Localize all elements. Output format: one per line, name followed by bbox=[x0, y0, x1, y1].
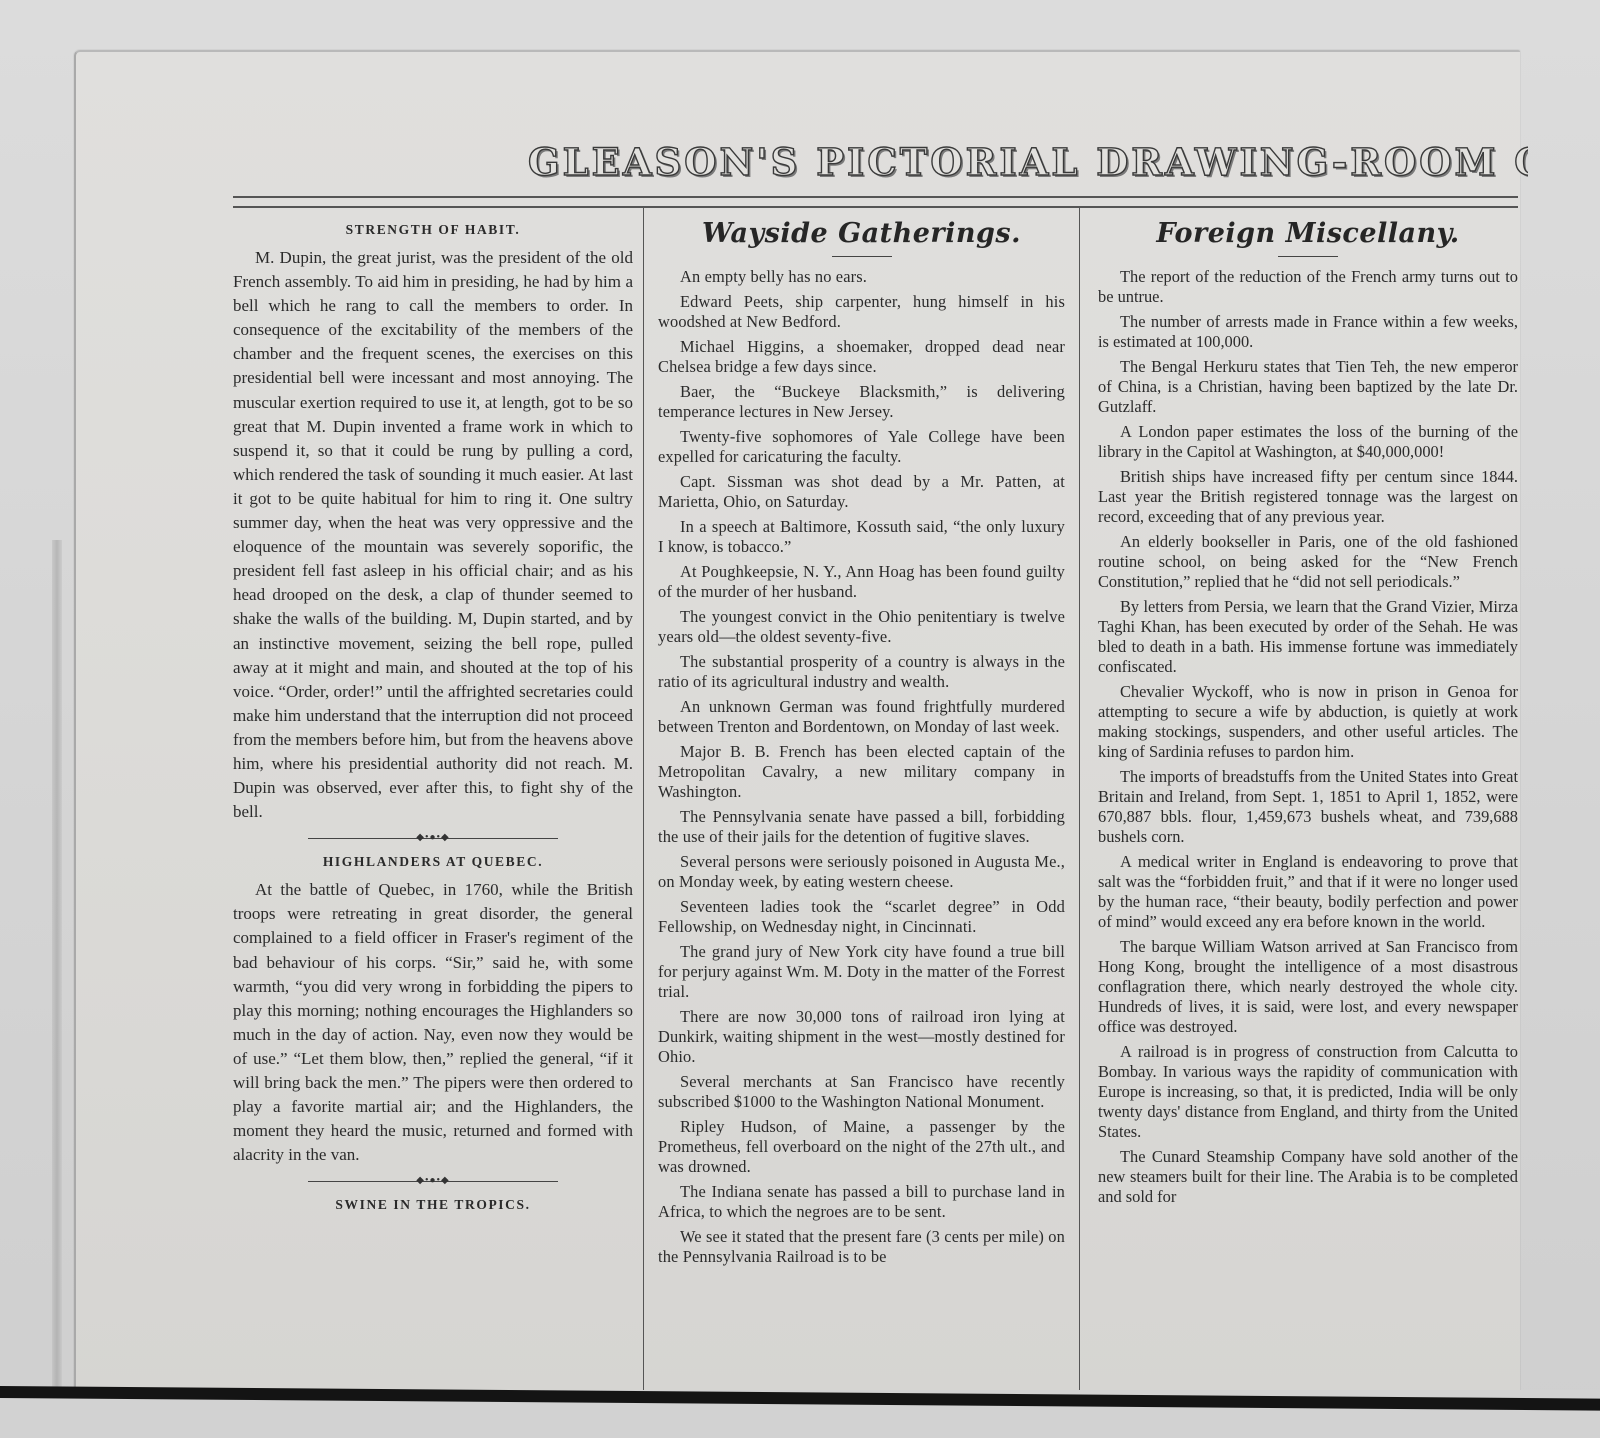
news-item: The barque William Watson arrived at San… bbox=[1098, 937, 1518, 1037]
news-item: Several persons were seriously poisoned … bbox=[658, 852, 1065, 892]
article-columns: STRENGTH OF HABIT. M. Dupin, the great j… bbox=[233, 206, 1518, 1396]
page-torn-bottom-edge bbox=[0, 1390, 1600, 1438]
masthead-title: GLEASON'S PICTORIAL DRAWING-ROOM COMPA bbox=[528, 140, 1528, 186]
left-column: STRENGTH OF HABIT. M. Dupin, the great j… bbox=[233, 206, 643, 1396]
article-heading-highlanders-at-quebec: HIGHLANDERS AT QUEBEC. bbox=[233, 850, 633, 874]
news-item: An elderly bookseller in Paris, one of t… bbox=[1098, 532, 1518, 592]
news-item: At Poughkeepsie, N. Y., Ann Hoag has bee… bbox=[658, 562, 1065, 602]
news-item: Chevalier Wyckoff, who is now in prison … bbox=[1098, 682, 1518, 762]
right-column: Foreign Miscellany. The report of the re… bbox=[1079, 206, 1518, 1396]
news-item: Several merchants at San Francisco have … bbox=[658, 1072, 1065, 1112]
middle-column: Wayside Gatherings. An empty belly has n… bbox=[643, 206, 1079, 1396]
news-item: The imports of breadstuffs from the Unit… bbox=[1098, 767, 1518, 847]
news-item: The Bengal Herkuru states that Tien Teh,… bbox=[1098, 357, 1518, 417]
news-item: Michael Higgins, a shoemaker, dropped de… bbox=[658, 337, 1065, 377]
news-item: Ripley Hudson, of Maine, a passenger by … bbox=[658, 1117, 1065, 1177]
news-item: The Cunard Steamship Company have sold a… bbox=[1098, 1147, 1518, 1207]
news-item: The Pennsylvania senate have passed a bi… bbox=[658, 807, 1065, 847]
news-item: The number of arrests made in France wit… bbox=[1098, 312, 1518, 352]
news-item: A London paper estimates the loss of the… bbox=[1098, 422, 1518, 462]
ornament-icon: ◆•●•◆ bbox=[412, 1177, 453, 1185]
news-item: The Indiana senate has passed a bill to … bbox=[658, 1182, 1065, 1222]
news-item: There are now 30,000 tons of railroad ir… bbox=[658, 1007, 1065, 1067]
news-item: In a speech at Baltimore, Kossuth said, … bbox=[658, 517, 1065, 557]
news-item: An empty belly has no ears. bbox=[658, 267, 1065, 287]
section-heading-wayside-gatherings: Wayside Gatherings. bbox=[658, 216, 1065, 252]
news-item: The youngest convict in the Ohio peniten… bbox=[658, 607, 1065, 647]
news-item: By letters from Persia, we learn that th… bbox=[1098, 597, 1518, 677]
news-item: British ships have increased fifty per c… bbox=[1098, 467, 1518, 527]
article-heading-strength-of-habit: STRENGTH OF HABIT. bbox=[233, 218, 633, 242]
news-item: We see it stated that the present fare (… bbox=[658, 1227, 1065, 1267]
news-item: A railroad is in progress of constructio… bbox=[1098, 1042, 1518, 1142]
news-item: Major B. B. French has been elected capt… bbox=[658, 742, 1065, 802]
news-item: Edward Peets, ship carpenter, hung himse… bbox=[658, 292, 1065, 332]
heading-rule bbox=[1278, 256, 1338, 257]
news-item: Seventeen ladies took the “scarlet degre… bbox=[658, 897, 1065, 937]
news-item: Capt. Sissman was shot dead by a Mr. Pat… bbox=[658, 472, 1065, 512]
section-divider: ◆•●•◆ bbox=[308, 1177, 558, 1185]
binding-edge bbox=[52, 540, 62, 1420]
ornament-icon: ◆•●•◆ bbox=[412, 834, 453, 842]
article-body-strength-of-habit: M. Dupin, the great jurist, was the pres… bbox=[233, 246, 633, 824]
news-item: The substantial prosperity of a country … bbox=[658, 652, 1065, 692]
section-heading-foreign-miscellany: Foreign Miscellany. bbox=[1098, 216, 1518, 252]
heading-rule bbox=[832, 256, 892, 257]
article-heading-swine-in-the-tropics: SWINE IN THE TROPICS. bbox=[233, 1193, 633, 1217]
news-item: An unknown German was found frightfully … bbox=[658, 697, 1065, 737]
news-item: The report of the reduction of the Frenc… bbox=[1098, 267, 1518, 307]
news-item: A medical writer in England is endeavori… bbox=[1098, 852, 1518, 932]
news-item: The grand jury of New York city have fou… bbox=[658, 942, 1065, 1002]
news-item: Twenty-five sophomores of Yale College h… bbox=[658, 427, 1065, 467]
section-divider: ◆•●•◆ bbox=[308, 834, 558, 842]
news-item: Baer, the “Buckeye Blacksmith,” is deliv… bbox=[658, 382, 1065, 422]
article-body-highlanders-at-quebec: At the battle of Quebec, in 1760, while … bbox=[233, 878, 633, 1167]
